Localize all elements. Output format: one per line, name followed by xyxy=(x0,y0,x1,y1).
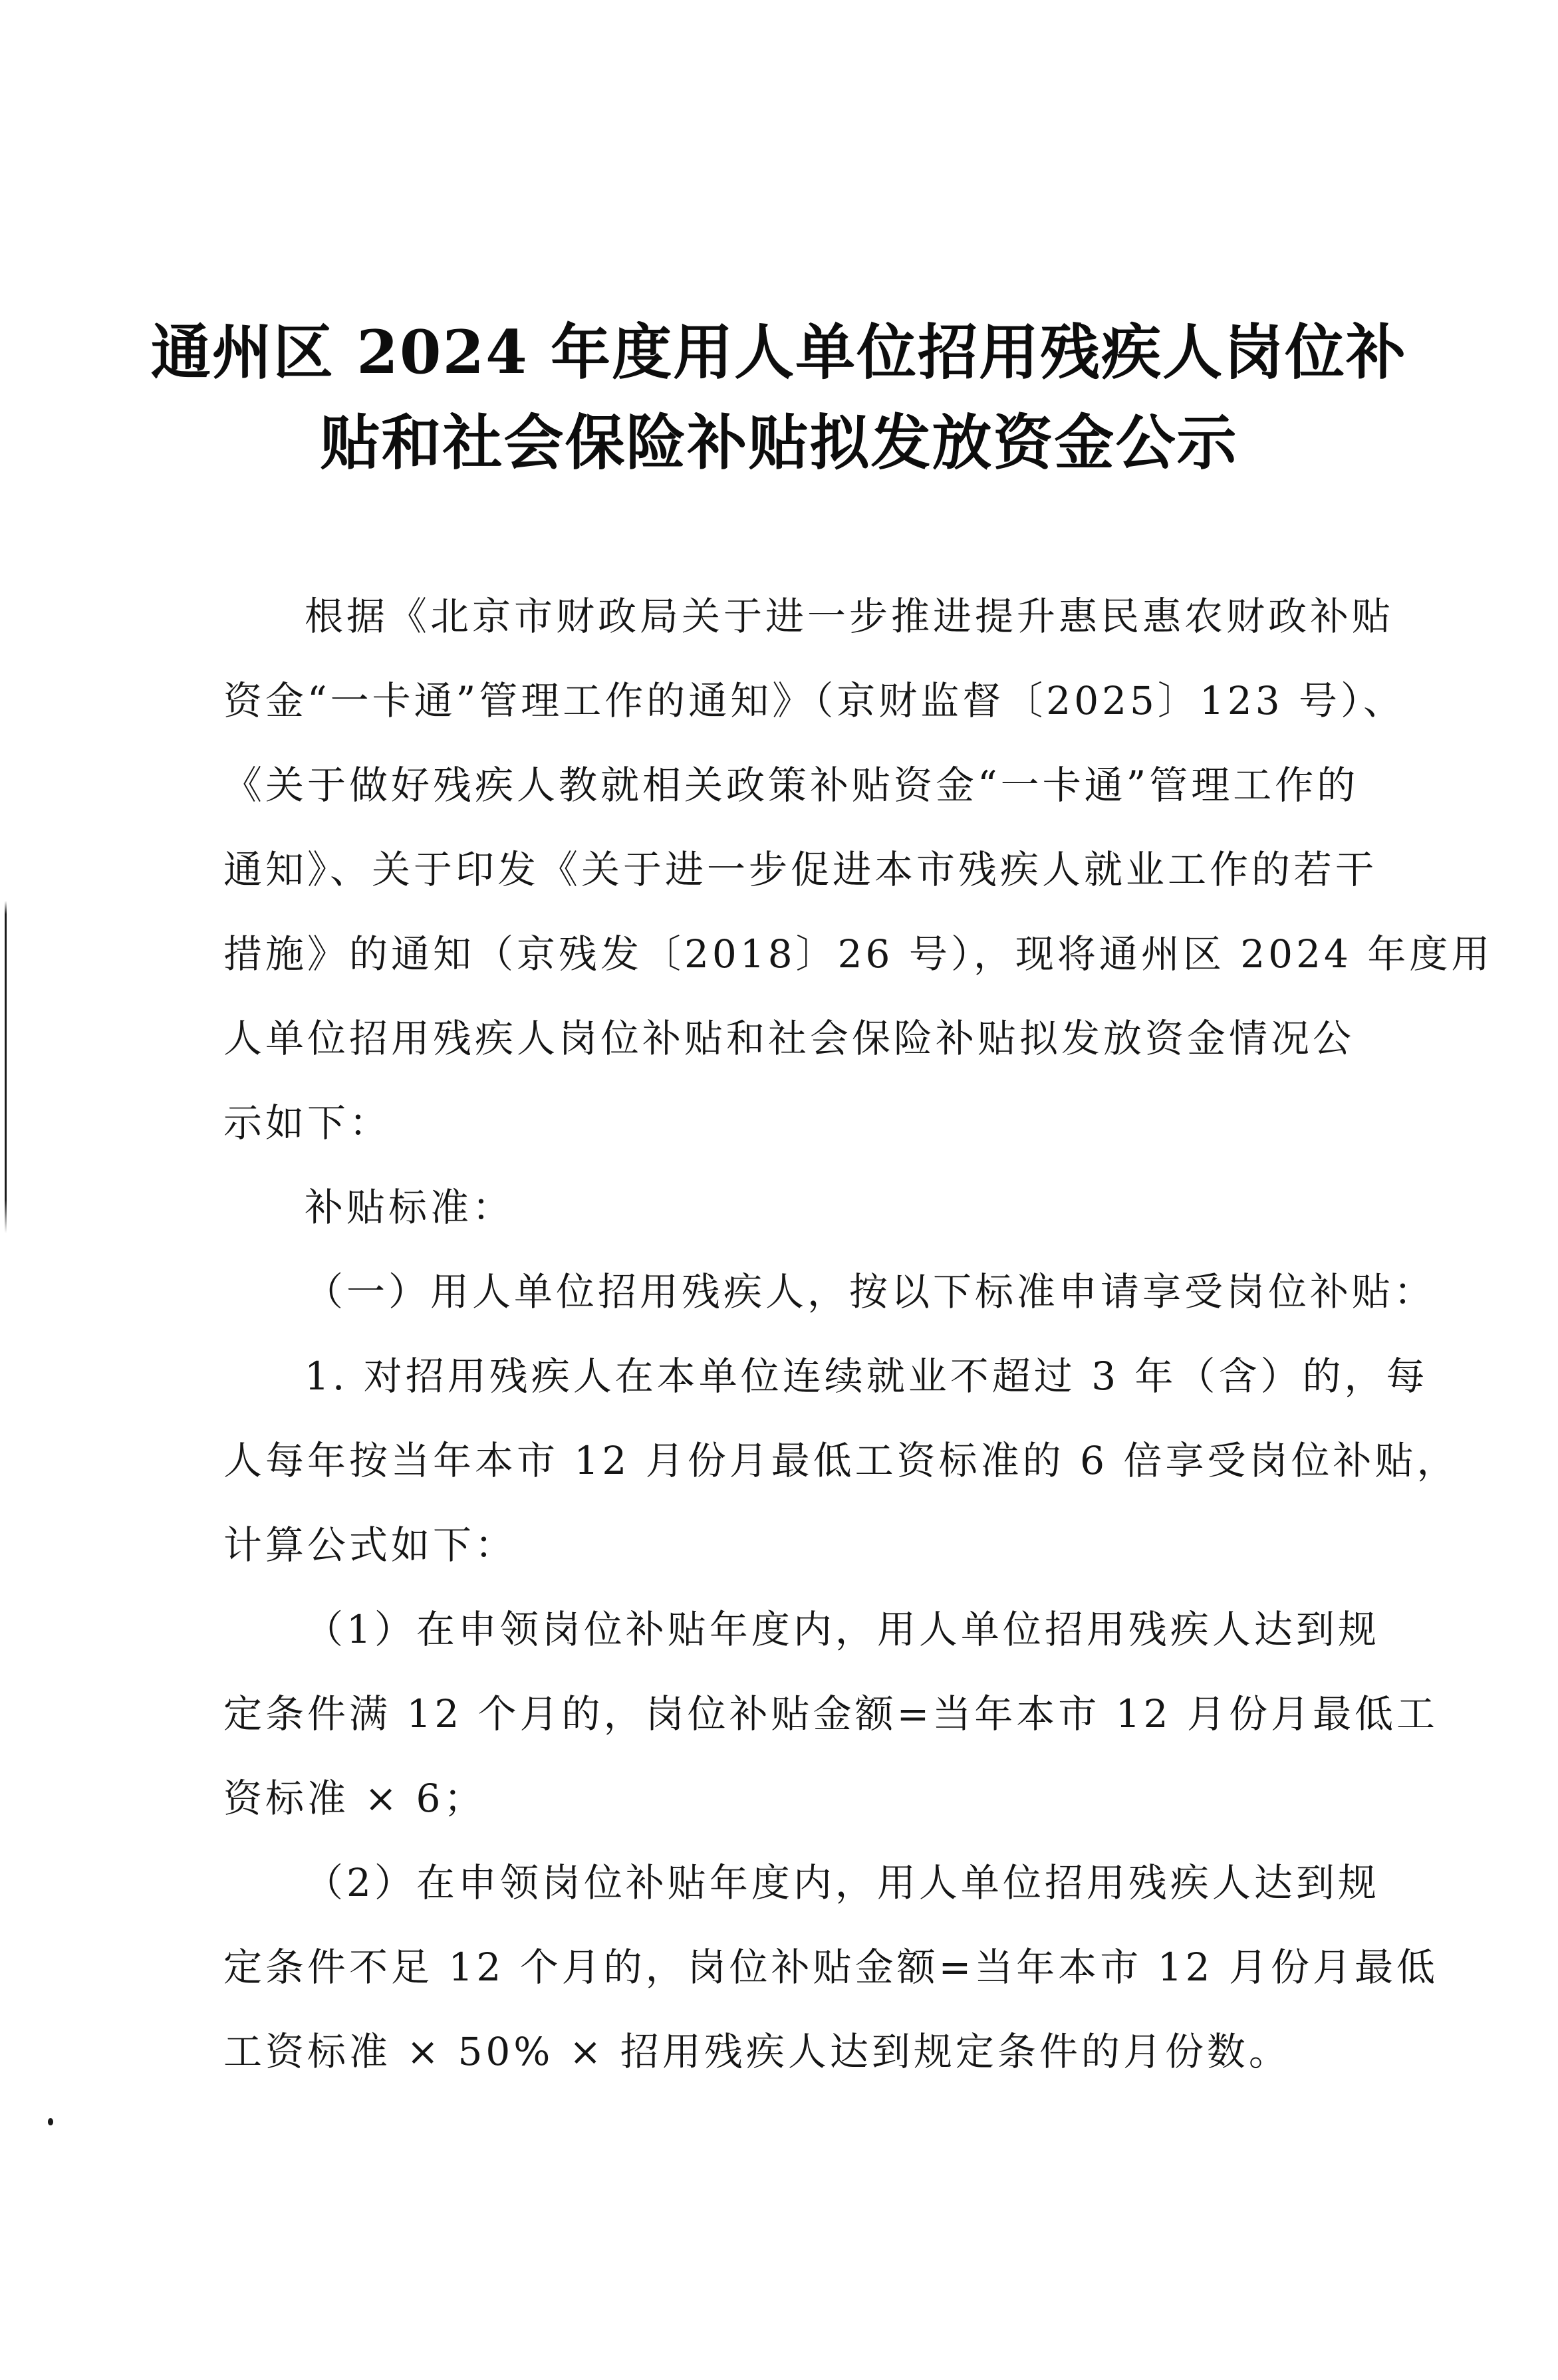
scan-edge-line xyxy=(5,901,7,1233)
title-line-1: 通州区 2024 年度用人单位招用残疾人岗位补 xyxy=(0,307,1558,398)
section-heading-subsidy-standard: 补贴标准： xyxy=(223,1165,1367,1250)
body-line-7: 示如下： xyxy=(223,1081,1367,1165)
document-body: 根据《北京市财政局关于进一步推进提升惠民惠农财政补贴 资金“一卡通”管理工作的通… xyxy=(223,574,1367,2094)
title-line-2: 贴和社会保险补贴拟发放资金公示 xyxy=(0,398,1558,488)
formula-2-start: （2）在申领岗位补贴年度内，用人单位招用残疾人达到规 xyxy=(223,1841,1367,1925)
body-line-4: 通知》、关于印发《关于进一步促进本市残疾人就业工作的若干 xyxy=(223,828,1367,912)
formula-2-line-3: 工资标准 × 50% × 招用残疾人达到规定条件的月份数。 xyxy=(223,2010,1367,2094)
subsection-heading-one: （一）用人单位招用残疾人，按以下标准申请享受岗位补贴： xyxy=(223,1250,1367,1334)
formula-1-start: （1）在申领岗位补贴年度内，用人单位招用残疾人达到规 xyxy=(223,1588,1367,1672)
item-1-line-3: 计算公式如下： xyxy=(223,1503,1367,1588)
formula-1-line-2: 定条件满 12 个月的，岗位补贴金额=当年本市 12 月份月最低工 xyxy=(223,1672,1367,1756)
document-page: 通州区 2024 年度用人单位招用残疾人岗位补 贴和社会保险补贴拟发放资金公示 … xyxy=(0,0,1558,2380)
scan-speck-mark xyxy=(48,2118,53,2125)
formula-1-line-3: 资标准 × 6； xyxy=(223,1756,1367,1841)
formula-2-line-2: 定条件不足 12 个月的，岗位补贴金额=当年本市 12 月份月最低 xyxy=(223,1925,1367,2010)
document-title: 通州区 2024 年度用人单位招用残疾人岗位补 贴和社会保险补贴拟发放资金公示 xyxy=(0,307,1558,488)
body-line-1-basis-paragraph-start: 根据《北京市财政局关于进一步推进提升惠民惠农财政补贴 xyxy=(223,574,1367,659)
body-line-5: 措施》的通知（京残发〔2018〕26 号），现将通州区 2024 年度用 xyxy=(223,912,1367,997)
item-1-start: 1. 对招用残疾人在本单位连续就业不超过 3 年（含）的，每 xyxy=(223,1334,1367,1419)
item-1-line-2: 人每年按当年本市 12 月份月最低工资标准的 6 倍享受岗位补贴， xyxy=(223,1419,1367,1503)
body-line-2: 资金“一卡通”管理工作的通知》（京财监督〔2025〕123 号）、 xyxy=(223,659,1367,743)
body-line-6: 人单位招用残疾人岗位补贴和社会保险补贴拟发放资金情况公 xyxy=(223,997,1367,1081)
body-line-3: 《关于做好残疾人教就相关政策补贴资金“一卡通”管理工作的 xyxy=(223,743,1367,828)
